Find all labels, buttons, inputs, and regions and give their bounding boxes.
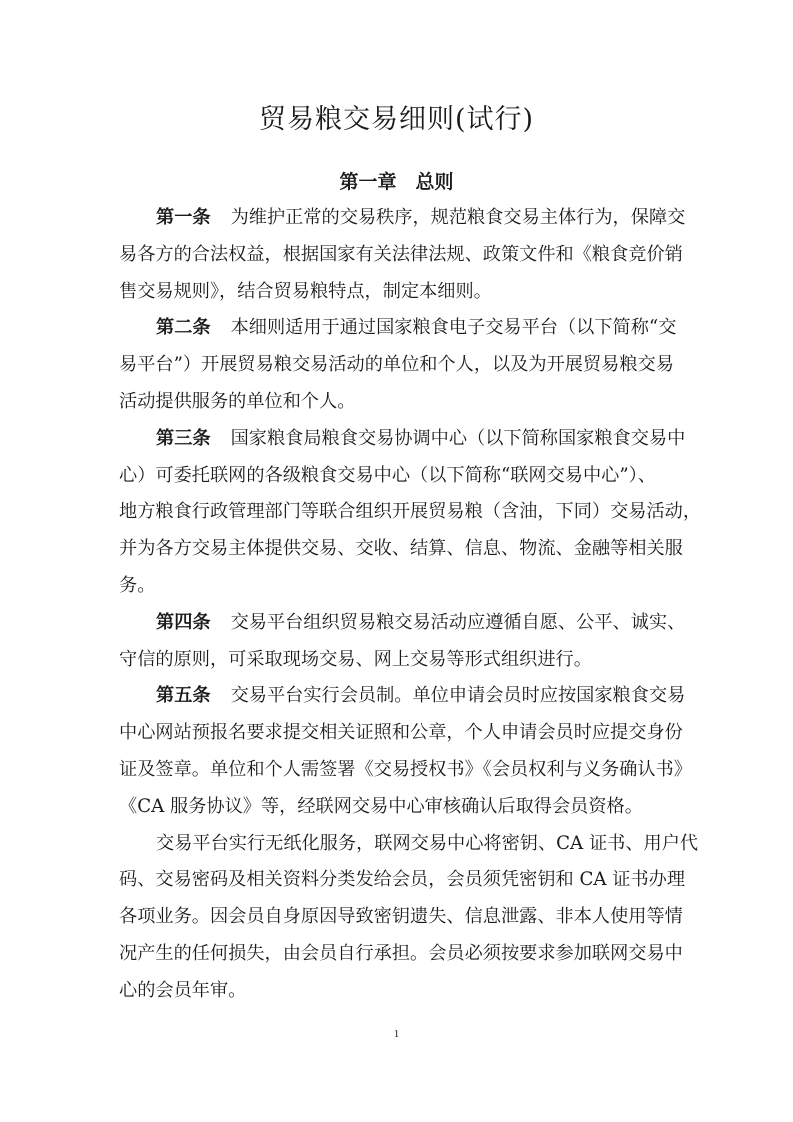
document-body: 第一条为维护正常的交易秩序，规范粮食交易主体行为，保障交 易各方的合法权益，根据…	[119, 200, 679, 1010]
article-line: 况产生的任何损失，由会员自行承担。会员必须按要求参加联网交易中	[119, 936, 679, 973]
article-label: 第四条	[156, 612, 211, 633]
article-line: 第二条本细则适用于通过国家粮食电子交易平台（以下简称“交	[119, 310, 679, 347]
article-line: 码、交易密码及相关资料分类发给会员，会员须凭密钥和 CA 证书办理	[119, 862, 679, 899]
article-text: 交易平台组织贸易粮交易活动应遵循自愿、公平、诚实、	[231, 612, 686, 633]
article-label: 第五条	[156, 685, 211, 706]
article-line: 心的会员年审。	[119, 973, 679, 1010]
article-line: 易平台”）开展贸易粮交易活动的单位和个人，以及为开展贸易粮交易	[119, 347, 679, 384]
article-label: 第二条	[156, 317, 211, 338]
article-line: 第四条交易平台组织贸易粮交易活动应遵循自愿、公平、诚实、	[119, 605, 679, 642]
article-1: 第一条为维护正常的交易秩序，规范粮食交易主体行为，保障交 易各方的合法权益，根据…	[119, 200, 679, 310]
article-5: 第五条交易平台实行会员制。单位申请会员时应按国家粮食交易 中心网站预报名要求提交…	[119, 678, 679, 825]
article-line: 《CA 服务协议》等，经联网交易中心审核确认后取得会员资格。	[119, 789, 679, 826]
article-text: 为维护正常的交易秩序，规范粮食交易主体行为，保障交	[231, 207, 686, 228]
article-line: 地方粮食行政管理部门等联合组织开展贸易粮（含油，下同）交易活动，	[119, 494, 679, 531]
article-line: 第一条为维护正常的交易秩序，规范粮食交易主体行为，保障交	[119, 200, 679, 237]
article-line: 心）可委托联网的各级粮食交易中心（以下简称“联网交易中心”）、	[119, 458, 679, 495]
article-line: 交易平台实行无纸化服务，联网交易中心将密钥、CA 证书、用户代	[119, 826, 679, 863]
article-line: 易各方的合法权益，根据国家有关法律法规、政策文件和《粮食竞价销	[119, 237, 679, 274]
article-line: 活动提供服务的单位和个人。	[119, 384, 679, 421]
article-line: 各项业务。因会员自身原因导致密钥遗失、信息泄露、非本人使用等情	[119, 899, 679, 936]
article-line: 第五条交易平台实行会员制。单位申请会员时应按国家粮食交易	[119, 678, 679, 715]
article-text: 交易平台实行会员制。单位申请会员时应按国家粮食交易	[231, 685, 686, 706]
article-2: 第二条本细则适用于通过国家粮食电子交易平台（以下简称“交 易平台”）开展贸易粮交…	[119, 310, 679, 420]
article-line: 第三条国家粮食局粮食交易协调中心（以下简称国家粮食交易中	[119, 421, 679, 458]
page-number: 1	[0, 1028, 793, 1040]
chapter-heading: 第一章 总则	[0, 166, 793, 198]
article-line: 售交易规则》，结合贸易粮特点，制定本细则。	[119, 274, 679, 311]
article-text: 国家粮食局粮食交易协调中心（以下简称国家粮食交易中	[231, 428, 686, 449]
article-line: 中心网站预报名要求提交相关证照和公章，个人申请会员时应提交身份	[119, 715, 679, 752]
article-label: 第三条	[156, 428, 211, 449]
article-line: 务。	[119, 568, 679, 605]
article-5-continuation: 交易平台实行无纸化服务，联网交易中心将密钥、CA 证书、用户代 码、交易密码及相…	[119, 826, 679, 1010]
article-line: 守信的原则，可采取现场交易、网上交易等形式组织进行。	[119, 642, 679, 679]
article-3: 第三条国家粮食局粮食交易协调中心（以下简称国家粮食交易中 心）可委托联网的各级粮…	[119, 421, 679, 605]
document-page: 贸易粮交易细则(试行) 第一章 总则 第一条为维护正常的交易秩序，规范粮食交易主…	[0, 0, 793, 1122]
article-line: 并为各方交易主体提供交易、交收、结算、信息、物流、金融等相关服	[119, 531, 679, 568]
document-title: 贸易粮交易细则(试行)	[0, 100, 793, 140]
article-line: 证及签章。单位和个人需签署《交易授权书》《会员权利与义务确认书》	[119, 752, 679, 789]
article-text: 本细则适用于通过国家粮食电子交易平台（以下简称“交	[231, 317, 677, 338]
article-label: 第一条	[156, 207, 211, 228]
article-4: 第四条交易平台组织贸易粮交易活动应遵循自愿、公平、诚实、 守信的原则，可采取现场…	[119, 605, 679, 679]
